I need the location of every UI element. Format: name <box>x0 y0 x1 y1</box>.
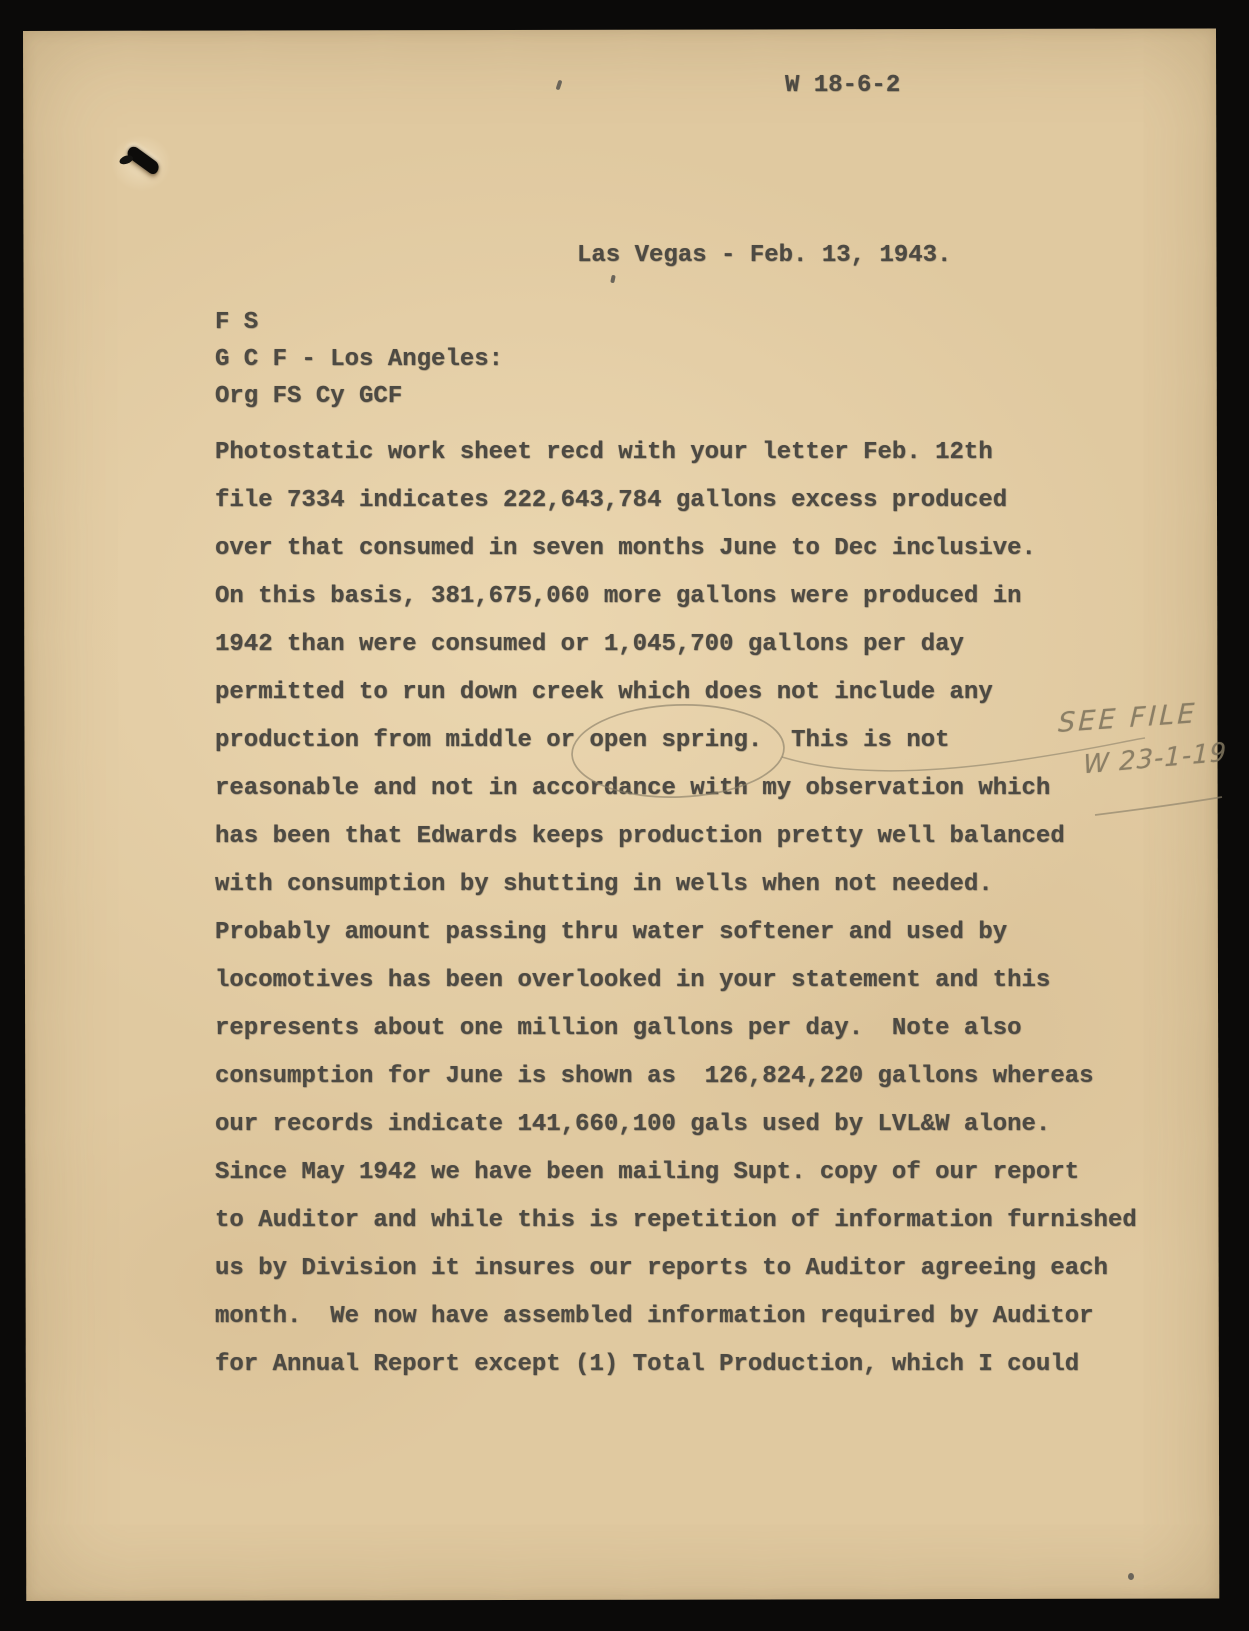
body-line: Photostatic work sheet recd with your le… <box>215 429 1137 477</box>
recipient-line: G C F - Los Angeles: <box>215 341 503 378</box>
body-line: for Annual Report except (1) Total Produ… <box>215 1341 1137 1389</box>
ink-speck <box>1128 1573 1134 1580</box>
body-line: 1942 than were consumed or 1,045,700 gal… <box>215 621 1137 669</box>
body-line: consumption for June is shown as 126,824… <box>215 1053 1137 1101</box>
recipient-line: Org FS Cy GCF <box>215 378 503 415</box>
body-line: has been that Edwards keeps production p… <box>215 813 1137 861</box>
body-line: with consumption by shutting in wells wh… <box>215 861 1137 909</box>
body-line: file 7334 indicates 222,643,784 gallons … <box>215 477 1137 525</box>
staple-tear-hole <box>101 126 181 201</box>
body-line: Since May 1942 we have been mailing Supt… <box>215 1149 1137 1197</box>
tear-mark-small <box>118 154 134 166</box>
body-line: month. We now have assembled information… <box>215 1293 1137 1341</box>
recipient-line: F S <box>215 304 503 341</box>
body-line: over that consumed in seven months June … <box>215 525 1137 573</box>
dateline: Las Vegas - Feb. 13, 1943. <box>577 242 951 269</box>
body-line: production from middle or open spring. T… <box>215 717 1137 765</box>
scanned-letter-screenshot: W 18-6-2 Las Vegas - Feb. 13, 1943. F SG… <box>0 0 1249 1631</box>
recipient-block: F SG C F - Los Angeles:Org FS Cy GCF <box>215 304 503 415</box>
letter-body: Photostatic work sheet recd with your le… <box>215 429 1137 1389</box>
body-line: us by Division it insures our reports to… <box>215 1245 1137 1293</box>
body-line: Probably amount passing thru water softe… <box>215 909 1137 957</box>
file-reference: W 18-6-2 <box>785 72 900 99</box>
body-line: On this basis, 381,675,060 more gallons … <box>215 573 1137 621</box>
body-line: our records indicate 141,660,100 gals us… <box>215 1101 1137 1149</box>
body-line: locomotives has been overlooked in your … <box>215 957 1137 1005</box>
body-line: permitted to run down creek which does n… <box>215 669 1137 717</box>
body-line: represents about one million gallons per… <box>215 1005 1137 1053</box>
body-line: reasonable and not in accordance with my… <box>215 765 1137 813</box>
body-line: to Auditor and while this is repetition … <box>215 1197 1137 1245</box>
